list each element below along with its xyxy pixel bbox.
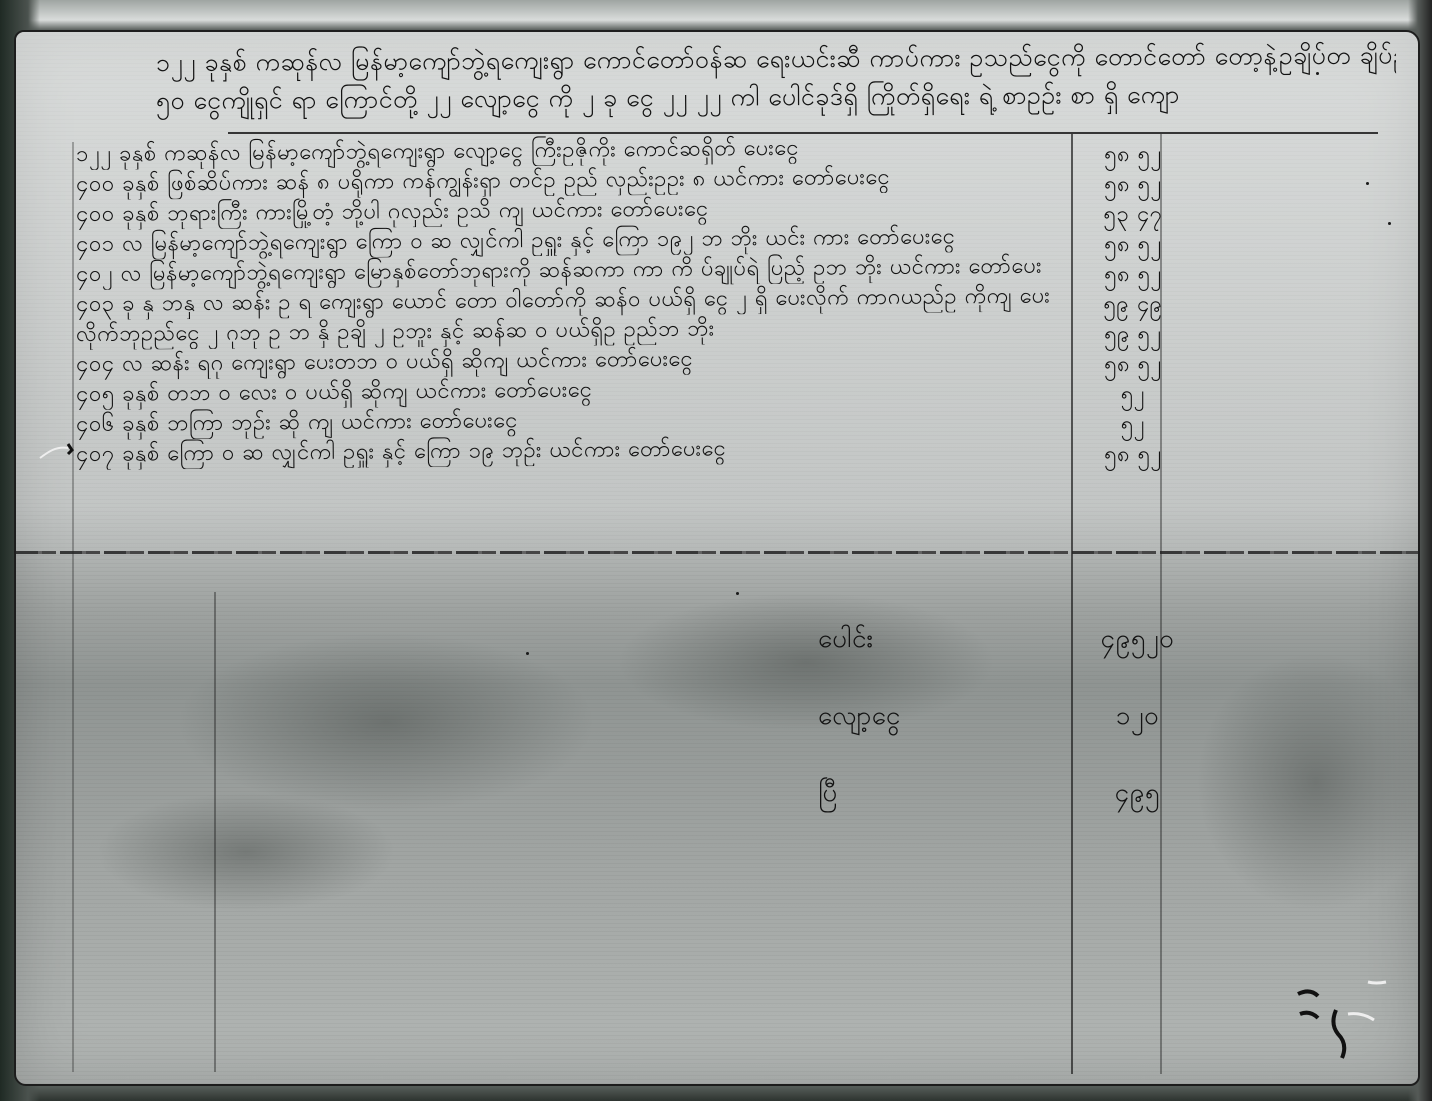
summary-value: ၄၉၅၂၀ bbox=[1081, 621, 1186, 660]
ink-speck bbox=[1388, 222, 1391, 225]
summary-label: ပေါင်း bbox=[806, 621, 1081, 660]
ink-speck bbox=[526, 652, 529, 655]
document-header: ၁၂၂ ခုနှစ် ကဆုန်လ မြန်မာ့ကျော်ဘွဲ့ရကျေးရ… bbox=[156, 44, 1396, 120]
entry-amount: ၅၈ ၅၂ bbox=[1088, 140, 1178, 170]
entry-amount: ၅၈ ၅၂ bbox=[1088, 350, 1178, 380]
stain bbox=[176, 632, 596, 812]
summary-label: ပြီ bbox=[806, 775, 1081, 814]
ink-speck bbox=[1366, 182, 1369, 185]
stain bbox=[96, 792, 396, 912]
entry-amount: ၅၈ ၅၂ bbox=[1088, 170, 1178, 200]
entry-amount: ၅၉ ၄၉ bbox=[1088, 290, 1178, 320]
header-line-2: ၅၀ ငွေကျိုရှင် ရာ ကြောင်တို့ ၂၂ လျော့ငွေ… bbox=[156, 74, 1396, 120]
entry-amount: ၅၂ bbox=[1088, 410, 1178, 440]
ink-speck bbox=[736, 592, 739, 595]
margin-arrow-mark bbox=[38, 440, 78, 464]
entry-amount: ၅၈ ၅၂ bbox=[1088, 230, 1178, 260]
entry-amount: ၅၂ bbox=[1088, 380, 1178, 410]
stain bbox=[1196, 652, 1420, 912]
left-margin-rule bbox=[72, 142, 74, 1072]
summary-value: ၄၉၅ bbox=[1081, 775, 1186, 814]
summary-row-deduction: လျော့ငွေ ၁၂၀ bbox=[806, 679, 1186, 756]
entry-amount: ၅၉ ၅၂ bbox=[1088, 320, 1178, 350]
entry-amount: ၅၃ ၄၇ bbox=[1088, 200, 1178, 230]
summary-row-balance: ပြီ ၄၉၅ bbox=[806, 756, 1186, 833]
fold-line bbox=[16, 551, 1418, 554]
ledger-entries: ၁၂၂ ခုနှစ် ကဆုန်လ မြန်မာ့ကျော်ဘွဲ့ရကျေးရ… bbox=[76, 140, 1066, 470]
entry-amount: ၅၈ ၅၂ bbox=[1088, 260, 1178, 290]
entry-amount: ၅၈ ၅၂ bbox=[1088, 440, 1178, 470]
manuscript-sheet: ၁၂၂ ခုနှစ် ကဆုန်လ မြန်မာ့ကျော်ဘွဲ့ရကျေးရ… bbox=[14, 30, 1420, 1086]
left-inner-rule bbox=[214, 592, 216, 1072]
summary-value: ၁၂၀ bbox=[1081, 698, 1186, 737]
summary-row-total: ပေါင်း ၄၉၅၂၀ bbox=[806, 602, 1186, 679]
paper-damage bbox=[1288, 974, 1398, 1064]
summary-totals: ပေါင်း ၄၉၅၂၀ လျော့ငွေ ၁၂၀ ပြီ ၄၉၅ bbox=[806, 602, 1186, 833]
summary-label: လျော့ငွေ bbox=[806, 698, 1081, 737]
amount-column: ၅၈ ၅၂ ၅၈ ၅၂ ၅၃ ၄၇ ၅၈ ၅၂ ၅၈ ၅၂ ၅၉ ၄၉ ၅၉ ၅… bbox=[1088, 140, 1178, 470]
